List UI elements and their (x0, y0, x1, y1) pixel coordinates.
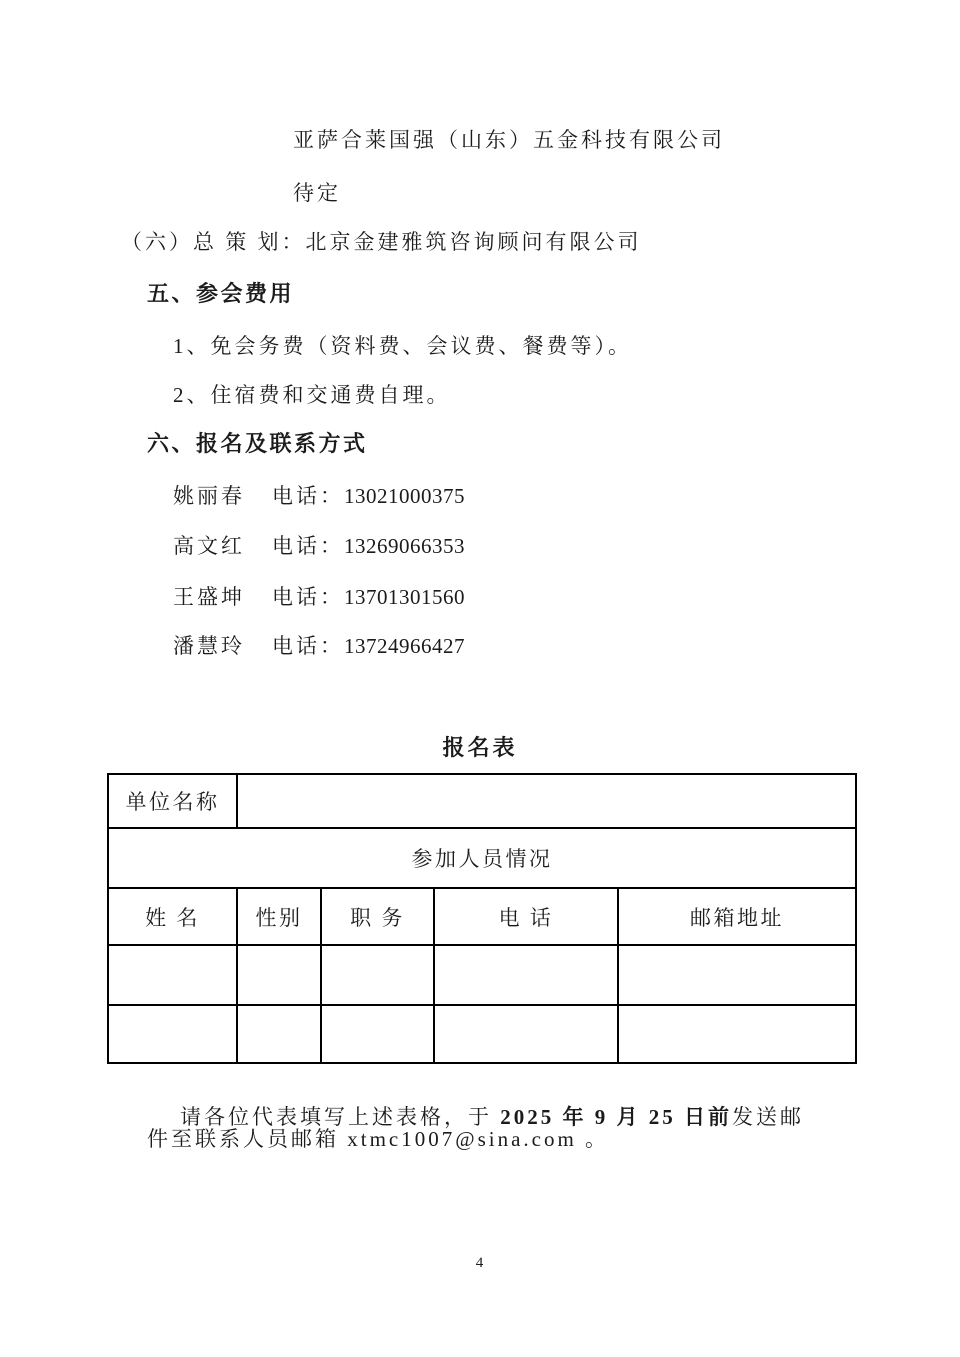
continuation-line-tbd: 待定 (293, 180, 341, 206)
column-header-gender: 性别 (237, 888, 321, 945)
company-name-row: 单位名称 (108, 774, 856, 828)
footer-note-line2: 件至联系人员邮箱 xtmc1007@sina.com 。 (147, 1126, 609, 1152)
page-number: 4 (0, 1255, 960, 1272)
section5-item-2: 2、住宿费和交通费自理。 (173, 382, 451, 408)
empty-cell (108, 1005, 237, 1063)
footer-note-post: 发送邮 (732, 1105, 804, 1129)
empty-cell (618, 945, 856, 1005)
column-header-name: 姓 名 (108, 888, 237, 945)
contact-row: 高文红电话：13269066353 (173, 533, 465, 559)
contact-phone-number: 13269066353 (344, 533, 465, 559)
contact-row: 姚丽春电话：13021000375 (173, 483, 465, 509)
empty-cell (237, 1005, 321, 1063)
section6-heading: 六、报名及联系方式 (147, 431, 368, 457)
contact-phone-label: 电话： (272, 483, 344, 509)
contact-row: 王盛坤电话：13701301560 (173, 584, 465, 610)
section5-item-1: 1、免会务费（资料费、会议费、餐费等）。 (173, 333, 632, 359)
continuation-line-company: 亚萨合莱国强（山东）五金科技有限公司 (293, 127, 725, 153)
participants-header-row: 参加人员情况 (108, 828, 856, 888)
empty-data-row (108, 945, 856, 1005)
form-title: 报名表 (0, 731, 960, 762)
contact-name: 姚丽春 (173, 483, 245, 509)
column-header-row: 姓 名 性别 职 务 电 话 邮箱地址 (108, 888, 856, 945)
empty-cell (321, 1005, 434, 1063)
empty-data-row (108, 1005, 856, 1063)
empty-cell (618, 1005, 856, 1063)
company-name-value-cell (237, 774, 856, 828)
contact-phone-label: 电话： (272, 533, 344, 559)
column-header-title: 职 务 (321, 888, 434, 945)
contact-phone-number: 13701301560 (344, 584, 465, 610)
contact-phone-number: 13021000375 (344, 483, 465, 509)
company-name-label-cell: 单位名称 (108, 774, 237, 828)
document-page: 亚萨合莱国强（山东）五金科技有限公司 待定 （六）总 策 划：北京金建雅筑咨询顾… (0, 0, 960, 1357)
contact-name: 潘慧玲 (173, 633, 245, 659)
contact-row: 潘慧玲电话：13724966427 (173, 633, 465, 659)
contact-name: 高文红 (173, 533, 245, 559)
empty-cell (434, 1005, 618, 1063)
contact-name: 王盛坤 (173, 584, 245, 610)
empty-cell (108, 945, 237, 1005)
participants-section-header-cell: 参加人员情况 (108, 828, 856, 888)
section5-heading: 五、参会费用 (147, 281, 294, 307)
column-header-phone: 电 话 (434, 888, 618, 945)
contact-phone-number: 13724966427 (344, 633, 465, 659)
empty-cell (237, 945, 321, 1005)
contact-phone-label: 电话： (272, 633, 344, 659)
column-header-email: 邮箱地址 (618, 888, 856, 945)
empty-cell (321, 945, 434, 1005)
contact-phone-label: 电话： (272, 584, 344, 610)
item-six-chief-planner: （六）总 策 划：北京金建雅筑咨询顾问有限公司 (121, 229, 642, 255)
registration-form-table: 单位名称 参加人员情况 姓 名 性别 职 务 电 话 邮箱地址 (107, 773, 857, 1064)
empty-cell (434, 945, 618, 1005)
